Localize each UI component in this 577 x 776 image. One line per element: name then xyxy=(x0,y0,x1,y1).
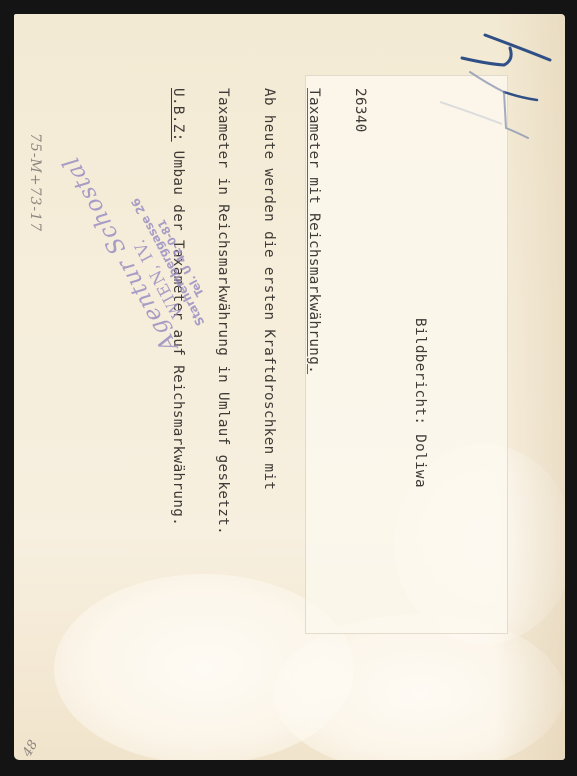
ubz-label: U.B.Z: xyxy=(170,88,186,142)
caption-body-line: Ab heute werden die ersten Kraftdroschke… xyxy=(261,88,276,628)
blue-pencil-mark xyxy=(440,20,577,160)
photo-credit: Bildbericht: Doliwa xyxy=(411,88,426,628)
typed-caption: Bildbericht: Doliwa 26340 Taxameter mit … xyxy=(154,88,457,628)
caption-headline: Taxameter mit Reichsmarkwährung. xyxy=(306,88,322,374)
photo-number: 26340 xyxy=(352,88,367,628)
handwritten-margin-note: 75-M+73-17 xyxy=(27,133,43,232)
caption-body-line: Taxameter in Reichsmarkwährung in Umlauf… xyxy=(215,88,230,628)
